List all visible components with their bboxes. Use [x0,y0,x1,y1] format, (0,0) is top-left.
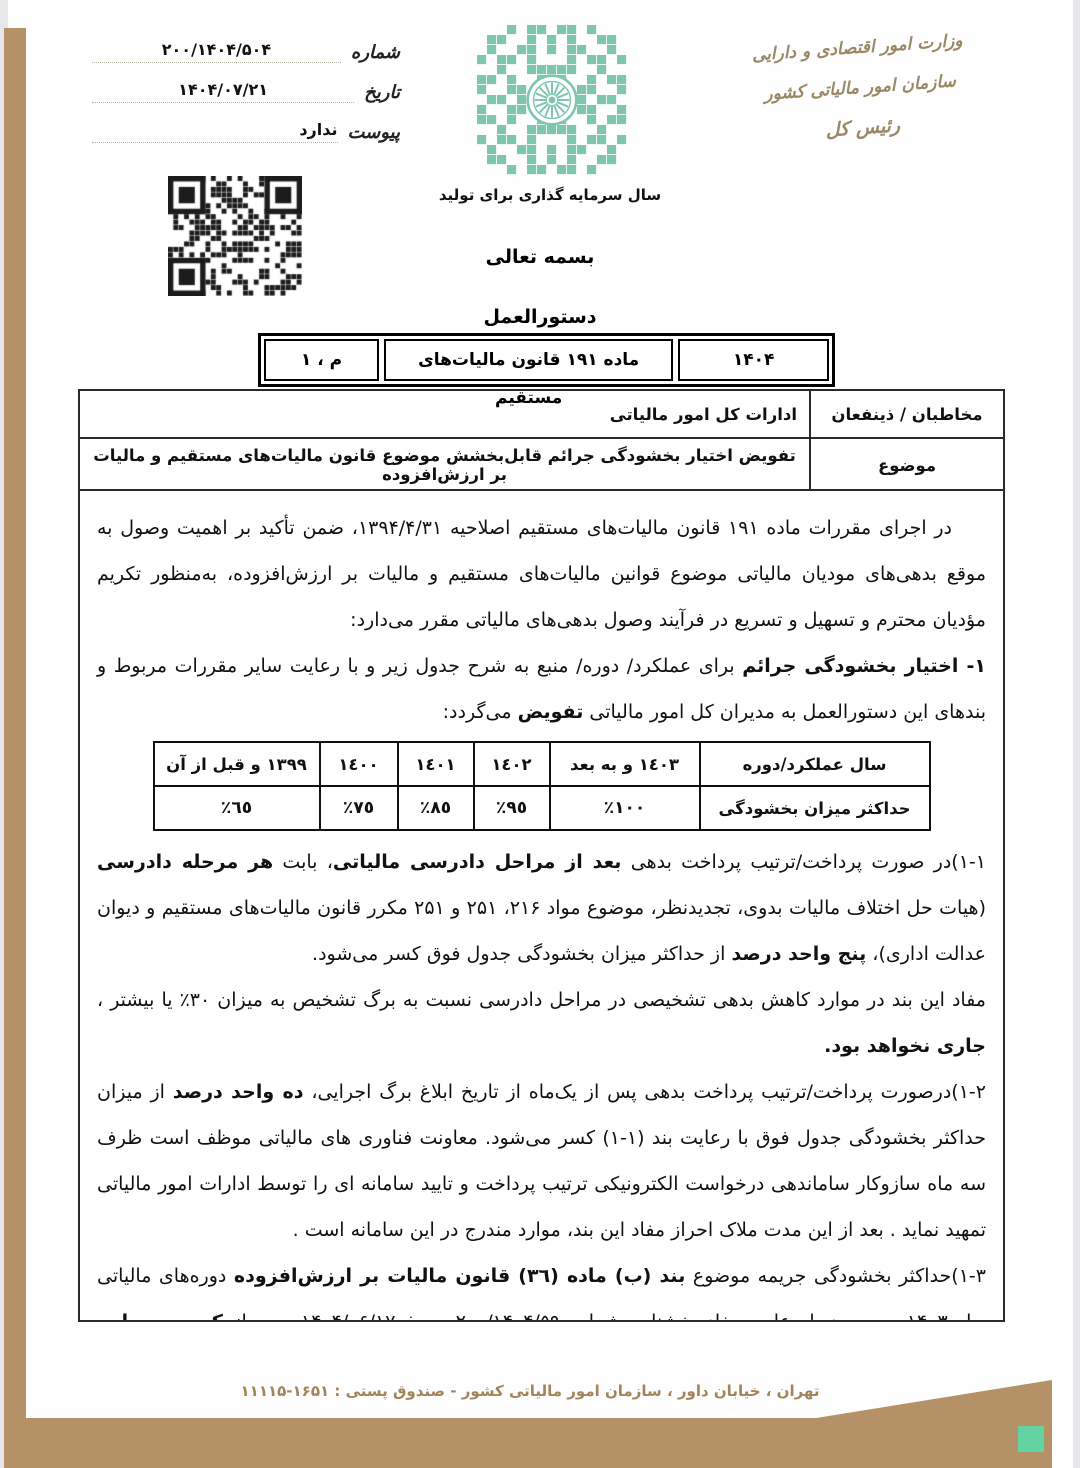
number-label: شماره [351,42,400,63]
recipients-subject-table: مخاطبان / ذینفعان ادارات کل امور مالیاتی… [78,389,1005,493]
reference-strip-table: ۱۴۰۴ ماده ۱۹۱ قانون مالیات‌های مستقیم م … [258,333,835,387]
subject-row: موضوع تفویض اختیار بخشودگی جرائم قابل‌بخ… [79,438,1004,492]
date-value: ۱۴۰۴/۰۷/۲۱ [92,80,354,103]
recipients-label: مخاطبان / ذینفعان [810,390,1004,438]
subject-value: تفویض اختیار بخشودگی جرائم قابل‌بخشش موض… [79,438,810,492]
attachment-label: پیوست [348,122,401,143]
tax-administration-emblem-icon [477,24,627,180]
qr-code-icon [168,176,302,300]
letter-header-fields: شماره ۲۰۰/۱۴۰۴/۵۰۴ تاریخ ۱۴۰۴/۰۷/۲۱ پیوس… [92,40,400,160]
forgiveness-table-header-row: سال عملکرد/دوره ١٤٠٣ و به بعد ١٤٠٢ ١٤٠١ … [154,742,930,786]
body-paragraph-clause-1-3: ۱-۳)حداکثر بخشودگی جریمه موضوع بند (ب) م… [97,1253,986,1322]
max-forgiveness-label-cell: حداکثر میزان بخشودگی [700,786,930,830]
year-header-cell: سال عملکرد/دوره [700,742,930,786]
scanned-document-photo: وزارت امور اقتصادی و دارایی سازمان امور … [0,0,1080,1468]
year-slogan: سال سرمایه گذاری برای تولید [390,186,710,204]
footer-address: تهران ، خیابان داور ، سازمان امور مالیات… [130,1382,930,1400]
document-number-field: شماره ۲۰۰/۱۴۰۴/۵۰۴ [92,40,400,63]
recipients-row: مخاطبان / ذینفعان ادارات کل امور مالیاتی [79,390,1004,438]
desk-background-left-strip [4,28,26,1468]
directive-body-box: در اجرای مقررات ماده ۱۹۱ قانون مالیات‌ها… [78,489,1005,1322]
document-type-title: دستورالعمل [0,306,1080,328]
body-paragraph-intro: در اجرای مقررات ماده ۱۹۱ قانون مالیات‌ها… [97,505,986,643]
date-label: تاریخ [364,82,400,103]
desk-background-bottom-strip [4,1418,1052,1468]
subject-label: موضوع [810,438,1004,492]
ref-article-cell: ماده ۱۹۱ قانون مالیات‌های مستقیم [384,339,673,381]
basmala-heading: بسمه تعالی [0,246,1080,268]
attachment-value: ندارد [92,120,338,143]
attachment-field: پیوست ندارد [92,120,400,143]
green-marker-square [1018,1426,1044,1452]
body-paragraph-clause-1-1-note: مفاد این بند در موارد کاهش بدهی تشخیصی د… [97,977,986,1069]
body-paragraph-clause-1-1: ۱-۱)در صورت پرداخت/ترتیب پرداخت بدهی بعد… [97,839,986,977]
body-paragraph-clause-1-2: ۱-۲)درصورت پرداخت/ترتیب پرداخت بدهی پس ا… [97,1069,986,1253]
number-value: ۲۰۰/۱۴۰۴/۵۰۴ [92,40,341,63]
document-date-field: تاریخ ۱۴۰۴/۰۷/۲۱ [92,80,400,103]
forgiveness-percentages-table: سال عملکرد/دوره ١٤٠٣ و به بعد ١٤٠٢ ١٤٠١ … [153,741,931,831]
ref-year-cell: ۱۴۰۴ [678,339,829,381]
ministry-letterhead: وزارت امور اقتصادی و دارایی سازمان امور … [706,18,1014,159]
body-paragraph-clause-1: ۱- اختیار بخشودگی جرائم برای عملکرد/ دور… [97,643,986,735]
forgiveness-table-value-row: حداکثر میزان بخشودگی ٪١٠٠ ٪٩٥ ٪٨٥ ٪٧٥ ٪٦… [154,786,930,830]
ref-class-cell: م ، ۱ [264,339,379,381]
recipients-value: ادارات کل امور مالیاتی [79,390,810,438]
